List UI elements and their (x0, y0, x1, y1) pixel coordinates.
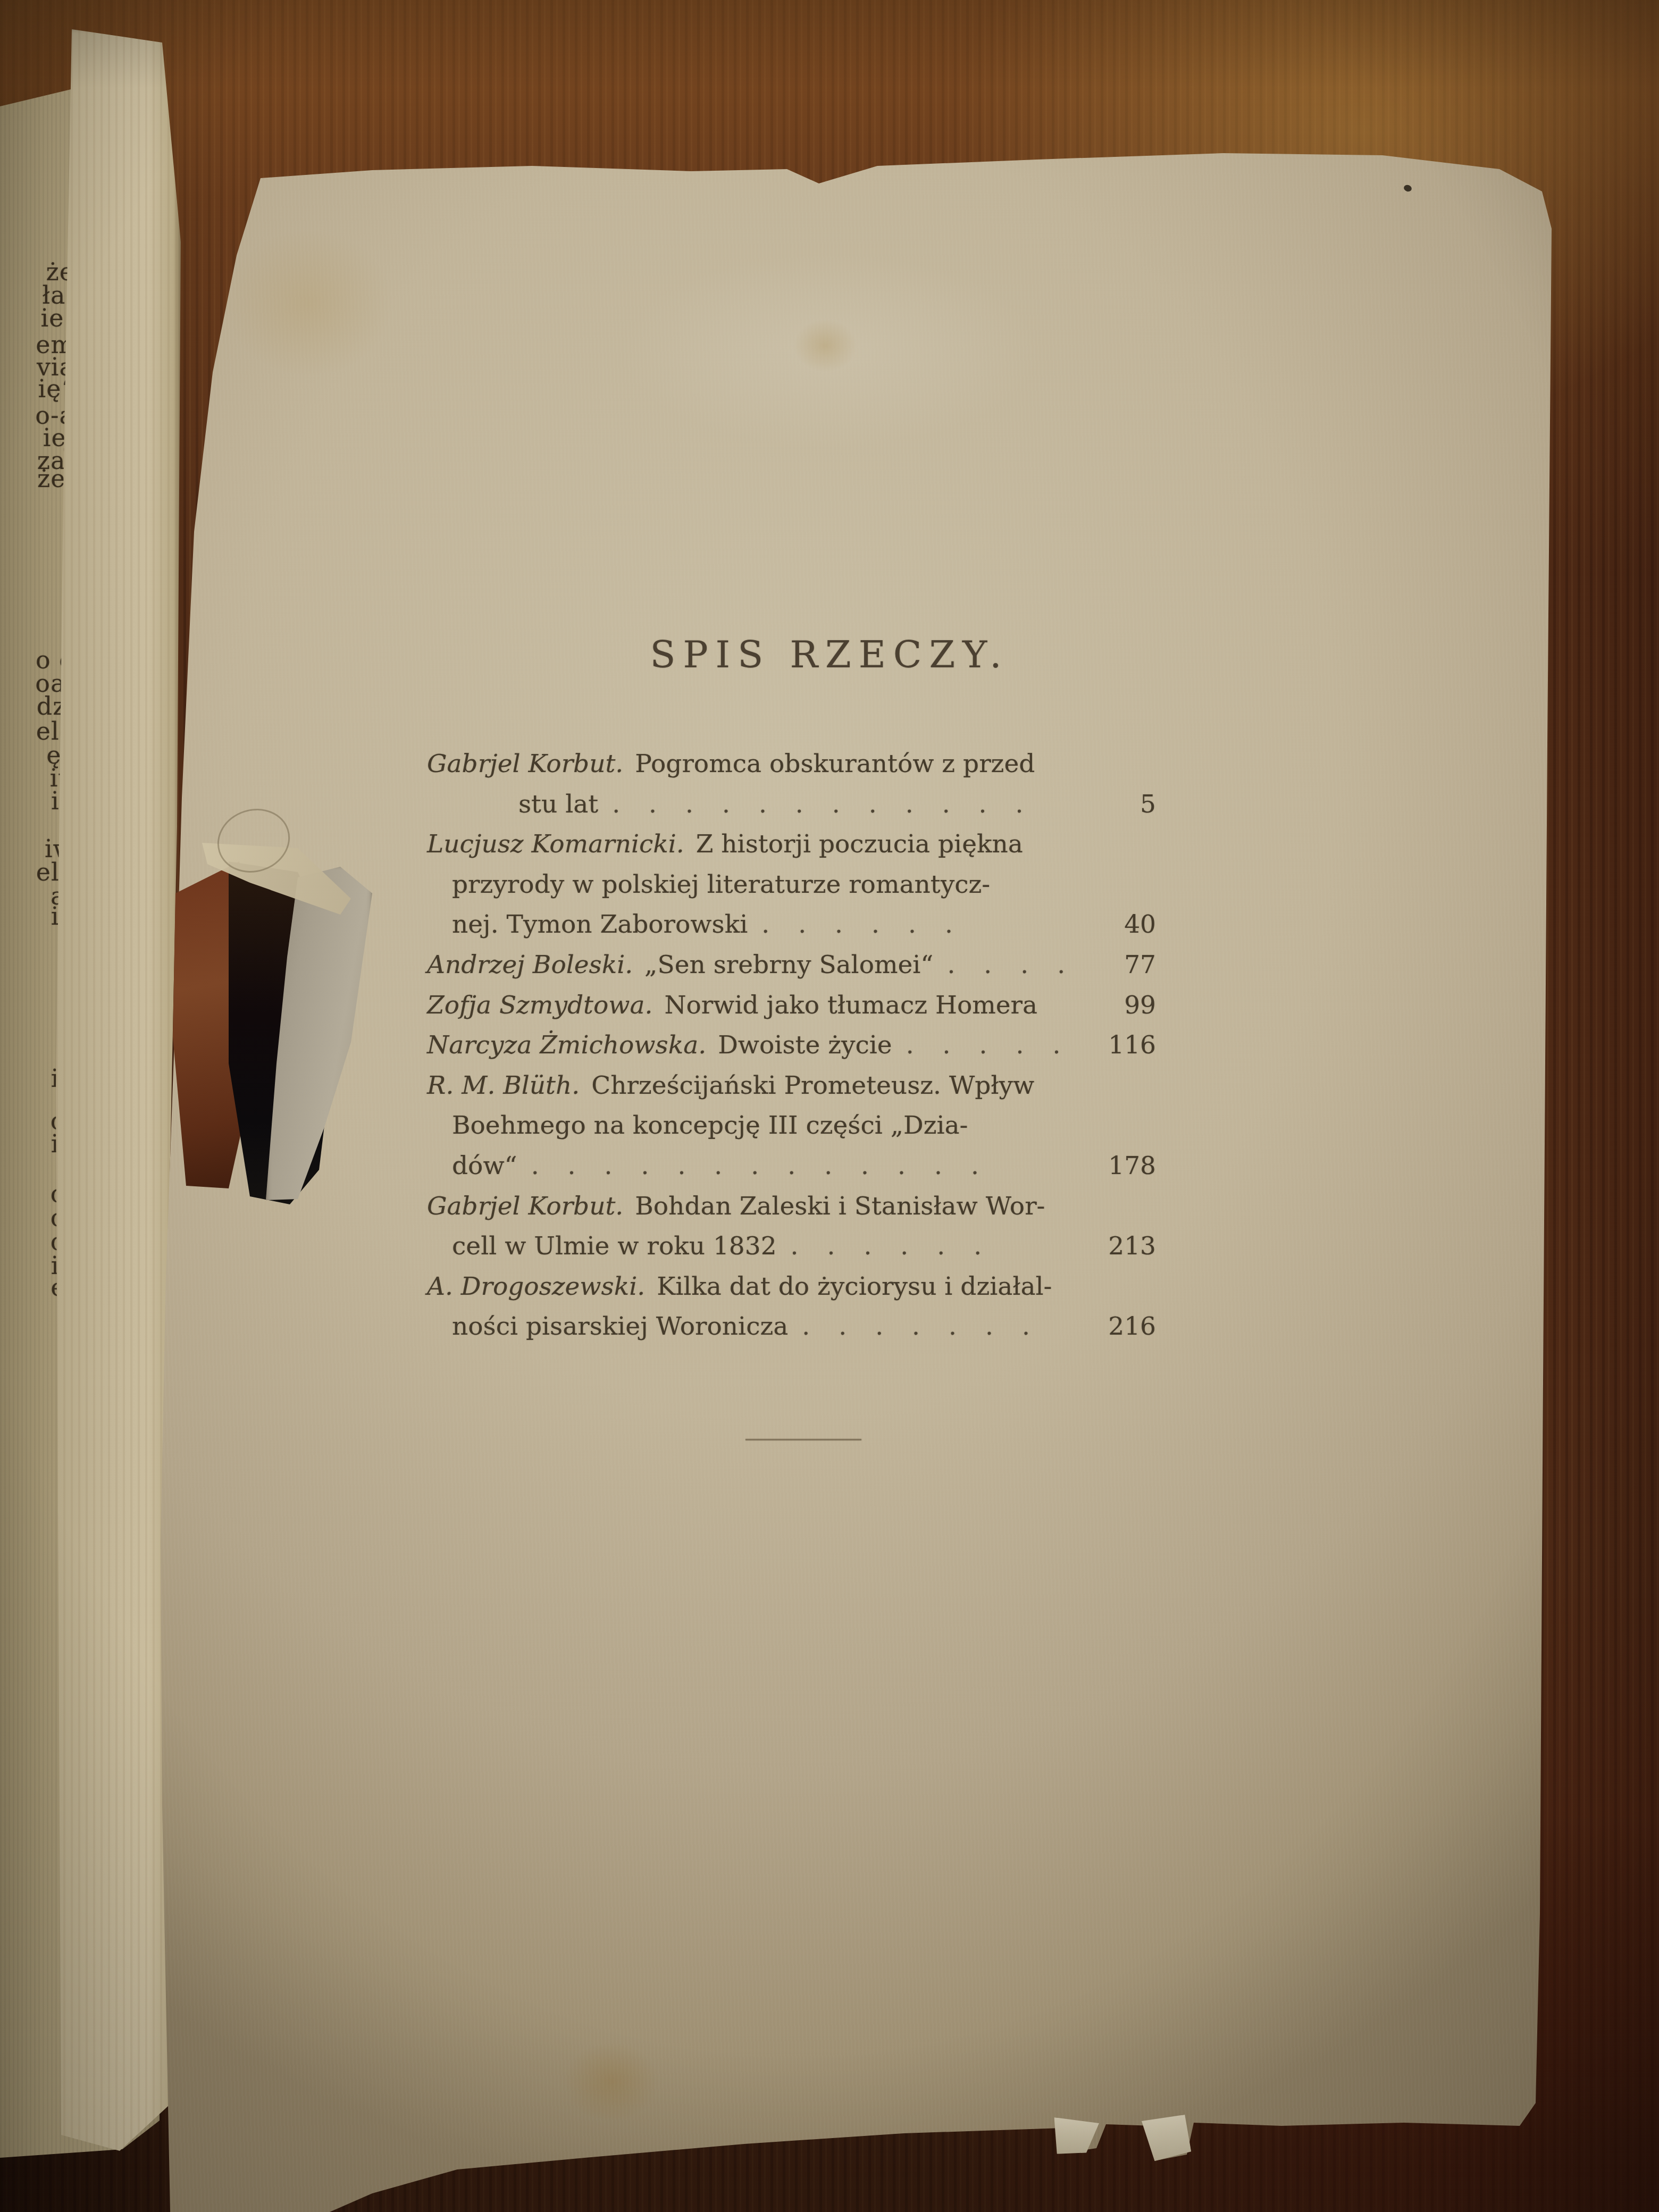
toc-entry-text: dów“ (452, 1151, 517, 1180)
toc-line: Gabrjel Korbut.Bohdan Zaleski i Stanisła… (427, 1186, 1156, 1227)
toc-line: nej. Tymon Zaborowski......40 (427, 904, 1156, 945)
toc-line: Narcyza Żmichowska.Dwoiste życie.....116 (427, 1025, 1156, 1066)
toc-entry-text: Bohdan Zaleski i Stanisław Wor- (635, 1192, 1045, 1221)
toc-entry-text: stu lat (518, 790, 598, 819)
toc-entry-text: przyrody w polskiej literaturze romantyc… (452, 870, 990, 899)
printed-content: SPIS RZECZY. Gabrjel Korbut.Pogromca obs… (0, 0, 1659, 2212)
toc-entry-text: ności pisarskiej Woronicza (452, 1312, 788, 1341)
toc-author: Zofja Szmydtowa. (427, 991, 652, 1020)
toc-entry-text: Kilka dat do życiorysu i działal- (657, 1272, 1052, 1301)
book-photo: żeła:ie!emviaię“o-ąiejza-że-o ooa-dz.elę… (0, 0, 1659, 2212)
toc-line: Boehmego na koncepcję III części „Dzia- (427, 1105, 1156, 1146)
dot-leaders: ............. (531, 1151, 1008, 1180)
toc-entry-text: cell w Ulmie w roku 1832 (452, 1231, 777, 1261)
dot-leaders: ..... (906, 1030, 1090, 1060)
toc-author: R. M. Blüth. (427, 1071, 580, 1100)
toc-line: Gabrjel Korbut.Pogromca obskurantów z pr… (427, 744, 1156, 784)
divider-rule (745, 1439, 861, 1440)
toc-author: Narcyza Żmichowska. (427, 1030, 706, 1060)
toc-line: przyrody w polskiej literaturze romantyc… (427, 865, 1156, 905)
toc-line: ności pisarskiej Woronicza.......216 (427, 1306, 1156, 1347)
toc-author: Lucjusz Komarnicki. (427, 829, 684, 859)
toc-page-number: 5 (1140, 784, 1156, 825)
toc-line: cell w Ulmie w roku 1832......213 (427, 1226, 1156, 1267)
toc-entry-text: Pogromca obskurantów z przed (635, 749, 1035, 778)
toc-page-number: 99 (1124, 985, 1156, 1026)
toc-page-number: 116 (1108, 1025, 1156, 1066)
toc-author: Gabrjel Korbut. (427, 1192, 623, 1221)
toc-page-number: 216 (1108, 1306, 1156, 1347)
toc-author: Andrzej Boleski. (427, 950, 633, 979)
page-title: SPIS RZECZY. (606, 636, 1053, 673)
toc-line: Lucjusz Komarnicki.Z historji poczucia p… (427, 824, 1156, 865)
toc-page-number: 213 (1108, 1226, 1156, 1267)
toc-page-number: 77 (1124, 945, 1156, 985)
dot-leaders: ............ (612, 790, 1052, 819)
toc-entry-text: Dwoiste życie (718, 1030, 892, 1060)
toc-list: Gabrjel Korbut.Pogromca obskurantów z pr… (427, 744, 1156, 1347)
toc-line: dów“.............178 (427, 1146, 1156, 1186)
dot-leaders: ...... (761, 910, 982, 939)
toc-line: A. Drogoszewski.Kilka dat do życiorysu i… (427, 1267, 1156, 1307)
dot-leaders: ....... (802, 1312, 1059, 1341)
toc-entry-text: Norwid jako tłumacz Homera (664, 991, 1037, 1020)
toc-line: Andrzej Boleski.„Sen srebrny Salomei“...… (427, 945, 1156, 985)
dot-leaders: ...... (791, 1231, 1011, 1261)
toc-entry-text: „Sen srebrny Salomei“ (644, 950, 933, 979)
toc-entry-text: Boehmego na koncepcję III części „Dzia- (452, 1111, 968, 1140)
toc-author: A. Drogoszewski. (427, 1272, 645, 1301)
toc-line: R. M. Blüth.Chrześcijański Prometeusz. W… (427, 1066, 1156, 1106)
toc-entry-text: Chrześcijański Prometeusz. Wpływ (591, 1071, 1034, 1100)
toc-line: Zofja Szmydtowa.Norwid jako tłumacz Home… (427, 985, 1156, 1026)
toc-author: Gabrjel Korbut. (427, 749, 623, 778)
toc-line: stu lat............5 (427, 784, 1156, 825)
toc-page-number: 178 (1108, 1146, 1156, 1186)
toc-entry-text: nej. Tymon Zaborowski (452, 910, 748, 939)
dot-leaders: .... (947, 950, 1094, 979)
toc-entry-text: Z historji poczucia piękna (696, 829, 1023, 859)
toc-page-number: 40 (1124, 904, 1156, 945)
